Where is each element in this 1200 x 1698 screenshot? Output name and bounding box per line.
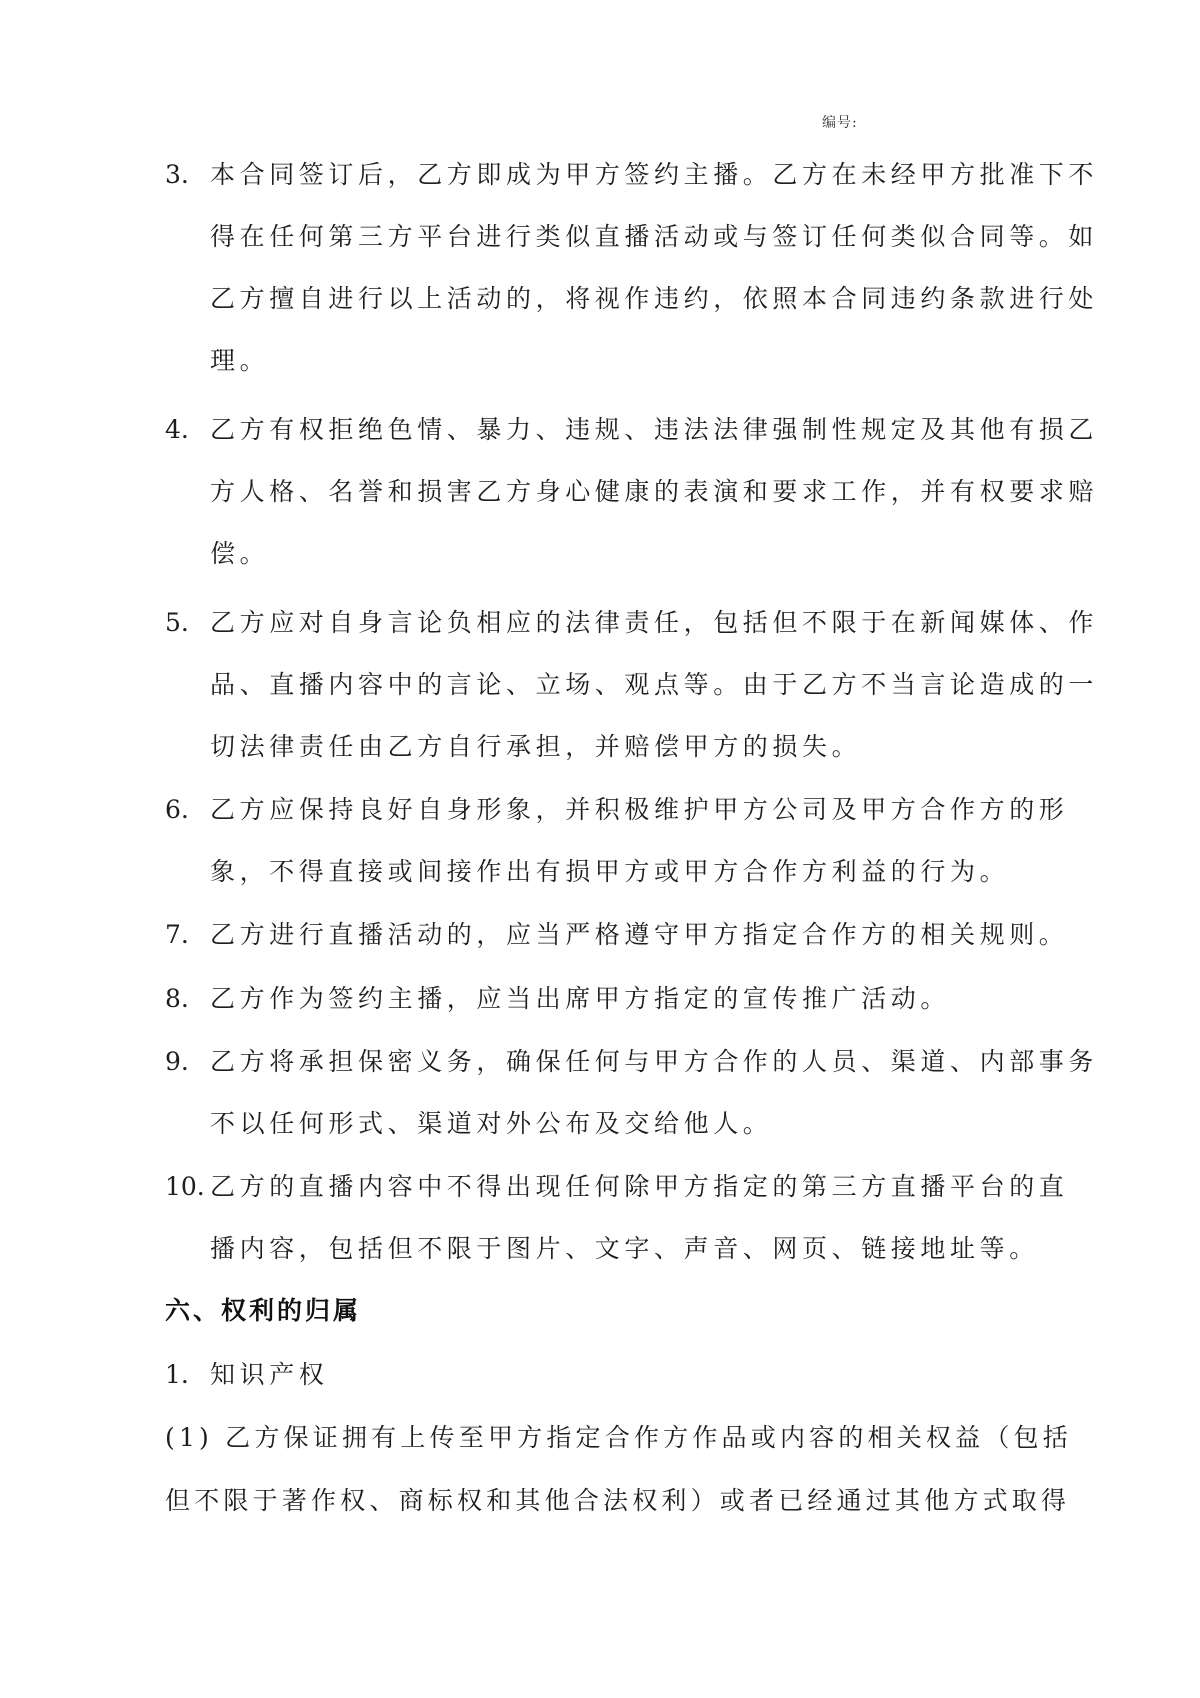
clause-text-line: 方人格、名誉和损害乙方身心健康的表演和要求工作，并有权要求赔 [210, 477, 1098, 507]
clause-text-line: 乙方应保持良好自身形象，并积极维护甲方公司及甲方合作方的形 [210, 795, 1068, 825]
clause-text-line: 乙方的直播内容中不得出现任何除甲方指定的第三方直播平台的直 [210, 1172, 1068, 1202]
document-number-label: 编号: [822, 112, 858, 132]
clause-number: 4. [165, 415, 189, 445]
clause-text-line: 播内容，包括但不限于图片、文字、声音、网页、链接地址等。 [210, 1234, 1039, 1264]
clause-text-line: 乙方进行直播活动的，应当严格遵守甲方指定合作方的相关规则。 [210, 920, 1068, 950]
clause-text-line: 理。 [210, 346, 269, 376]
clause-number: 10. [165, 1172, 205, 1202]
clause-text-line: 象，不得直接或间接作出有损甲方或甲方合作方利益的行为。 [210, 857, 1009, 887]
clause-number: 8. [165, 984, 189, 1014]
subsection-number: 1. [165, 1360, 189, 1390]
paragraph-text-line: (1) 乙方保证拥有上传至甲方指定合作方作品或内容的相关权益（包括 [165, 1423, 1072, 1453]
clause-text-line: 乙方将承担保密义务，确保任何与甲方合作的人员、渠道、内部事务 [210, 1047, 1098, 1077]
clause-text-line: 乙方擅自进行以上活动的，将视作违约，依照本合同违约条款进行处 [210, 284, 1098, 314]
section-heading: 六、权利的归属 [165, 1296, 361, 1326]
clause-text-line: 乙方应对自身言论负相应的法律责任，包括但不限于在新闻媒体、作 [210, 608, 1098, 638]
clause-number: 3. [165, 160, 189, 190]
clause-number: 6. [165, 795, 189, 825]
clause-text-line: 不以任何形式、渠道对外公布及交给他人。 [210, 1109, 772, 1139]
clause-text-line: 乙方有权拒绝色情、暴力、违规、违法法律强制性规定及其他有损乙 [210, 415, 1098, 445]
clause-text-line: 得在任何第三方平台进行类似直播活动或与签订任何类似合同等。如 [210, 222, 1098, 252]
subsection-title: 知识产权 [210, 1360, 328, 1390]
clause-text-line: 品、直播内容中的言论、立场、观点等。由于乙方不当言论造成的一 [210, 670, 1098, 700]
clause-number: 9. [165, 1047, 189, 1077]
clause-text-line: 本合同签订后，乙方即成为甲方签约主播。乙方在未经甲方批准下不 [210, 160, 1098, 190]
clause-number: 7. [165, 920, 189, 950]
clause-text-line: 乙方作为签约主播，应当出席甲方指定的宣传推广活动。 [210, 984, 950, 1014]
clause-text-line: 偿。 [210, 539, 269, 569]
clause-text-line: 切法律责任由乙方自行承担，并赔偿甲方的损失。 [210, 732, 861, 762]
clause-number: 5. [165, 608, 189, 638]
document-page: 编号: 3. 本合同签订后，乙方即成为甲方签约主播。乙方在未经甲方批准下不 得在… [0, 0, 1200, 1698]
paragraph-text-line: 但不限于著作权、商标权和其他合法权利）或者已经通过其他方式取得 [165, 1486, 1070, 1516]
